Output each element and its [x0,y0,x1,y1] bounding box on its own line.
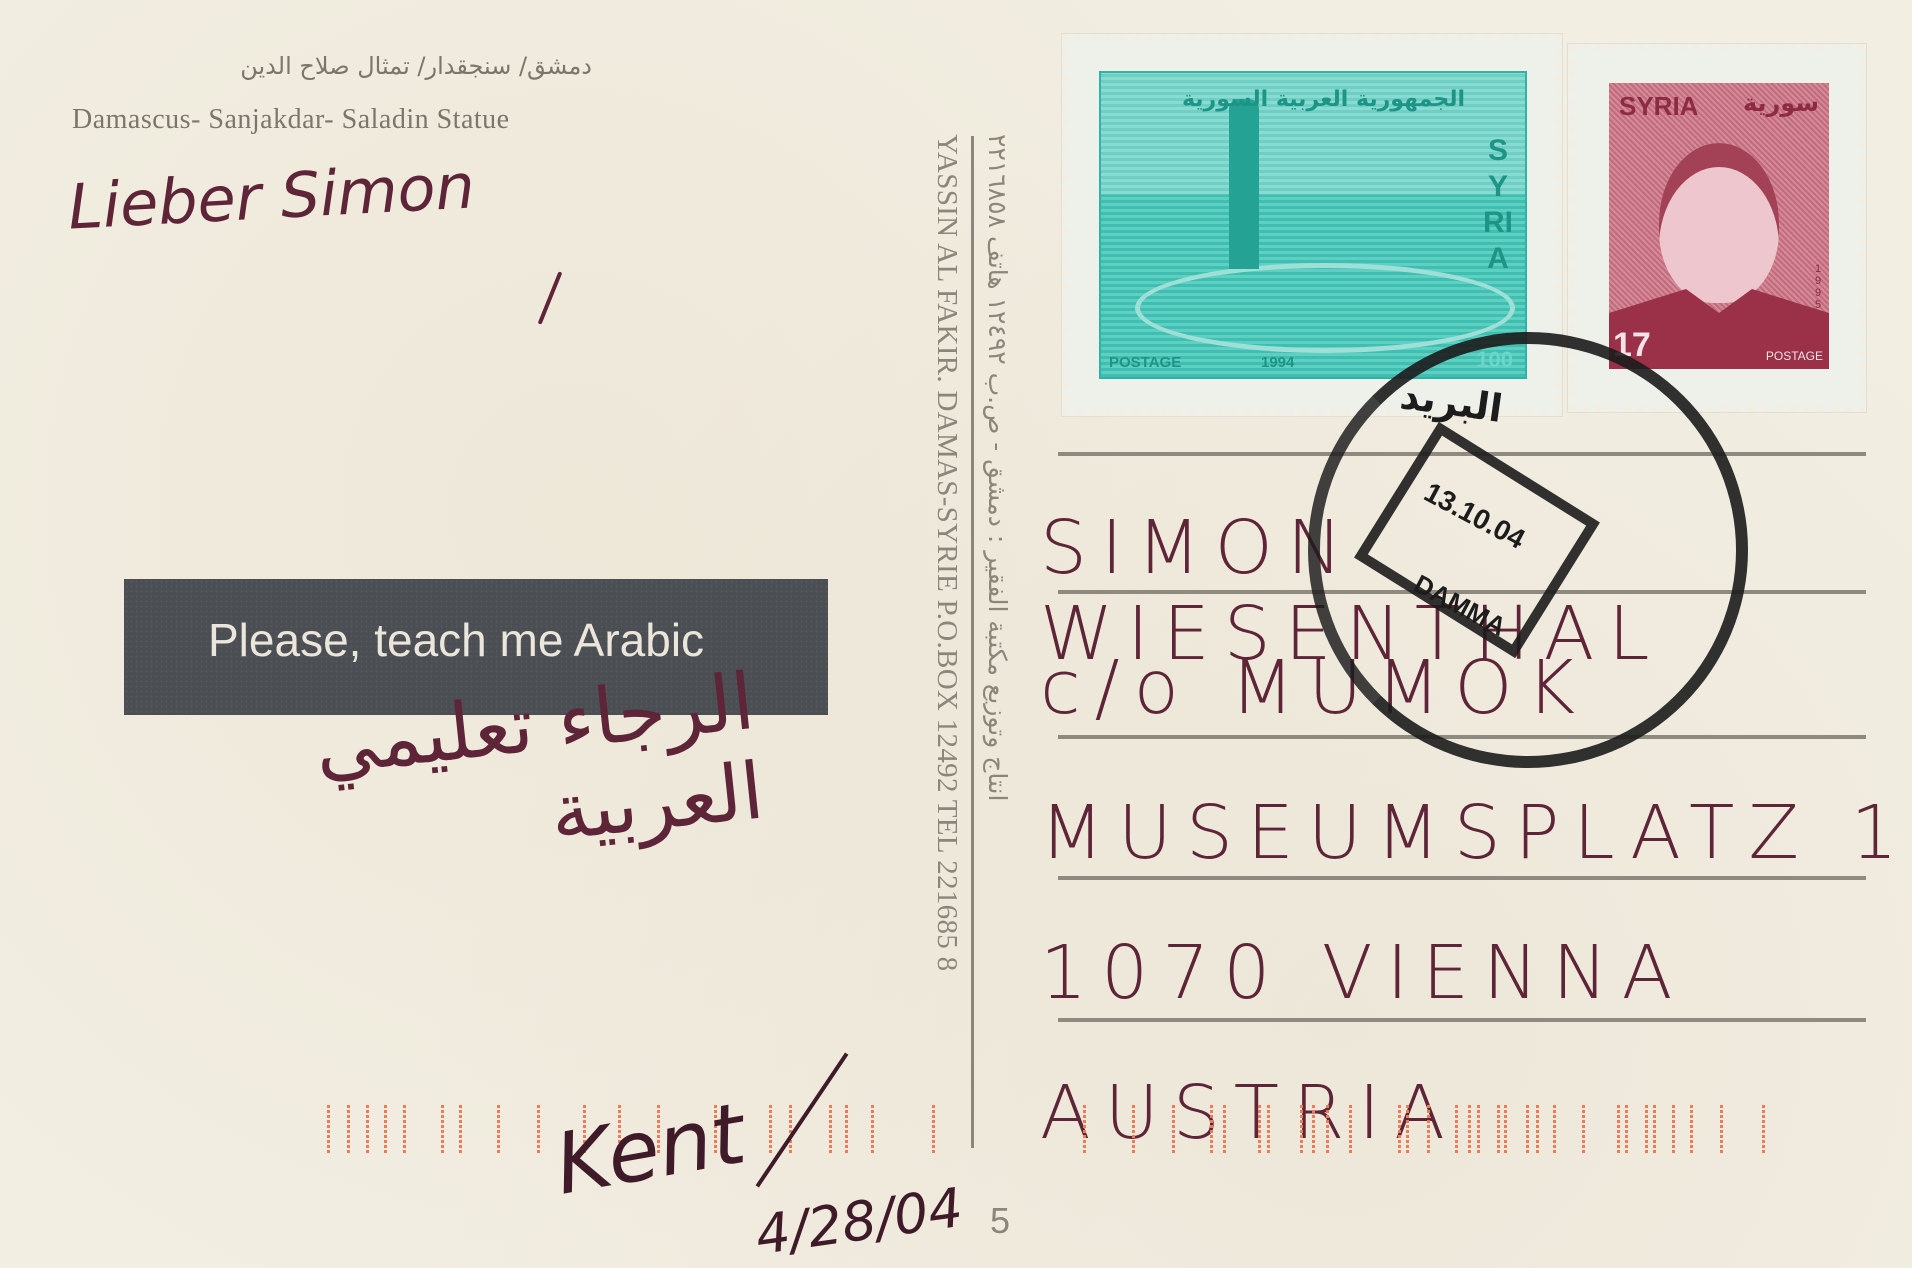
tick-mark [441,1105,444,1153]
monument-tower-icon [1229,99,1259,269]
tick-mark [1720,1105,1723,1153]
tick-mark [1553,1105,1556,1153]
tick-mark [1223,1105,1226,1153]
tick-mark [769,1105,772,1153]
tick-mark [1690,1105,1693,1153]
stamp-year: 1995 [1815,263,1825,311]
caption-arabic: دمشق/ سنجقدار/ تمثال صلاح الدين [72,52,592,80]
stamp-country: SYRIA [1619,91,1698,122]
portrait-image: SYRIA سورية 1995 17 POSTAGE [1609,83,1829,369]
signature: Kent [548,1084,752,1213]
tick-mark [1210,1105,1213,1153]
tick-mark [1427,1105,1430,1153]
tick-mark [327,1105,330,1153]
stamp-postage-label: POSTAGE [1109,354,1181,371]
postcard-back: دمشق/ سنجقدار/ تمثال صلاح الدين Damascus… [0,0,1912,1268]
tick-mark [1455,1105,1458,1153]
tick-mark [789,1105,792,1153]
tick-mark [1312,1105,1315,1153]
stamp-country: SYRIA [1483,133,1513,277]
tick-mark [1083,1105,1086,1153]
tick-mark [1582,1105,1585,1153]
stamp-postage-label: POSTAGE [1766,349,1823,363]
tick-mark [871,1105,874,1153]
tick-mark [1267,1105,1270,1153]
page-number: 5 [990,1200,1010,1242]
handwritten-date: 4/28/04 [752,1176,967,1267]
tick-mark [366,1105,369,1153]
handwritten-greeting: Lieber Simon [66,149,476,243]
address-line-4: 1070 VIENNA [1040,930,1686,1016]
tick-mark [384,1105,387,1153]
tick-mark [1645,1105,1648,1153]
caption-english: Damascus- Sanjakdar- Saladin Statue [72,104,510,136]
tick-mark [1526,1105,1529,1153]
tick-mark [1258,1105,1261,1153]
tick-mark [1617,1105,1620,1153]
tick-mark [1398,1105,1401,1153]
center-divider [971,136,974,1148]
tick-mark [1653,1105,1656,1153]
portrait-face-icon [1659,143,1779,303]
tick-mark [1504,1105,1507,1153]
tick-mark [932,1105,935,1153]
tick-mark [829,1105,832,1153]
publisher-english: YASSIN AL FAKIR. DAMAS-SYRIE P.O.BOX 124… [930,134,963,971]
banner-text: Please, teach me Arabic [208,613,704,667]
tick-mark [497,1105,500,1153]
tick-mark [1468,1105,1471,1153]
tick-mark [347,1105,350,1153]
tick-mark [537,1105,540,1153]
tick-mark [1477,1105,1480,1153]
tick-mark [1625,1105,1628,1153]
tick-mark [1536,1105,1539,1153]
tick-mark [459,1105,462,1153]
tick-mark [403,1105,406,1153]
comma-mark [538,271,563,324]
stamp-country-arabic: الجمهورية العربية السورية [1182,87,1465,112]
address-line-5: AUSTRIA [1040,1070,1459,1156]
plaza-shape [1135,263,1515,353]
tick-mark [1406,1105,1409,1153]
tick-mark [1497,1105,1500,1153]
stamp-year: 1994 [1261,354,1294,371]
address-rule [1058,1018,1866,1022]
tick-mark [1672,1105,1675,1153]
tick-mark [1349,1105,1352,1153]
tick-mark [1326,1105,1329,1153]
stamp-country-arabic: سورية [1743,89,1819,117]
publisher-arabic: انتاج وتوزيع مكتبة الفقير : دمشق - ص.ب ١… [983,134,1012,801]
address-rule [1058,876,1866,880]
tick-mark [845,1105,848,1153]
tick-mark [1300,1105,1303,1153]
martyrs-square-image: الجمهورية العربية السورية SYRIA POSTAGE … [1099,71,1527,379]
tick-mark [1132,1105,1135,1153]
tick-mark [1172,1105,1175,1153]
tick-mark [1762,1105,1765,1153]
address-line-3: MUSEUMSPLATZ 1 [1040,790,1912,876]
